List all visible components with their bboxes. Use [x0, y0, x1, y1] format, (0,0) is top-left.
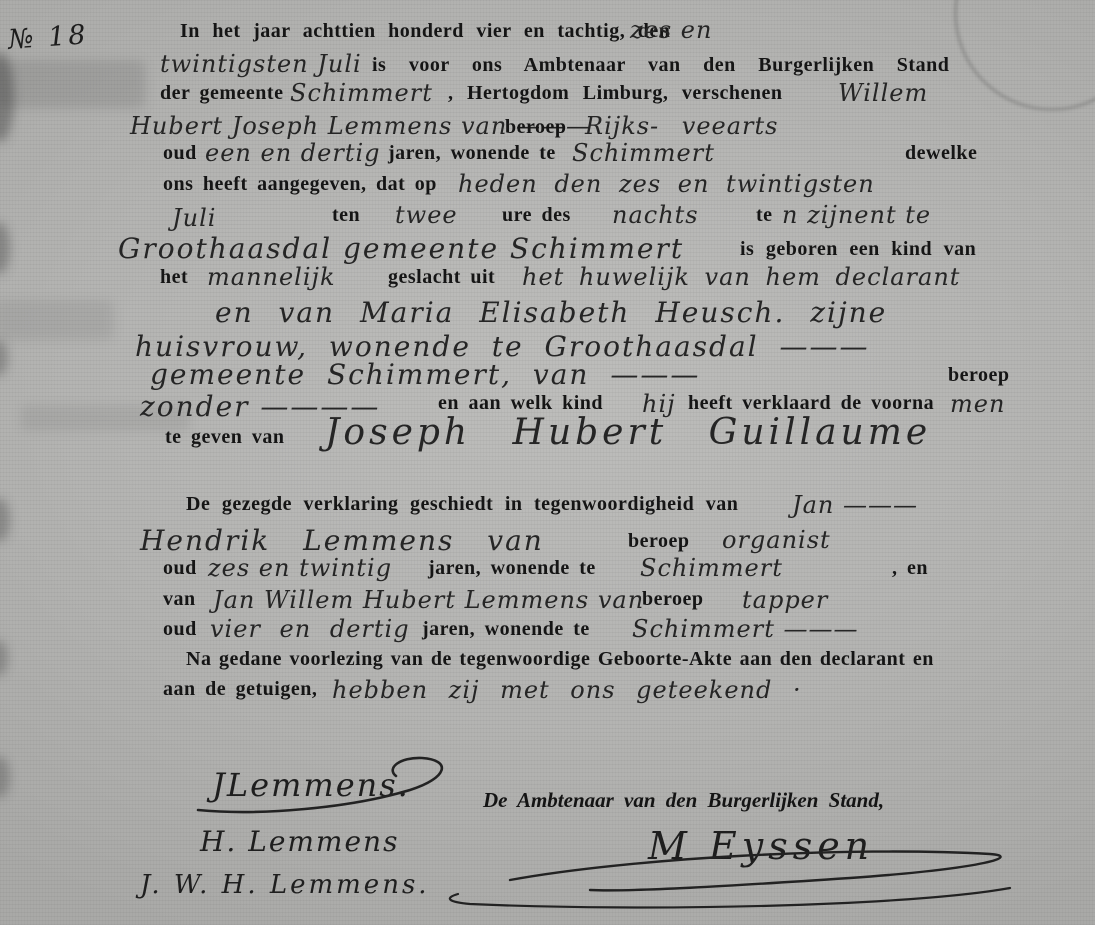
printed-text: te [756, 204, 773, 227]
handwritten-entry: tapper [742, 586, 828, 614]
handwritten-entry: n zijnent te [782, 201, 931, 229]
handwritten-entry: Schimmert ——— [632, 615, 858, 643]
printed-text: oud [163, 142, 197, 165]
handwritten-entry: Jan ——— [792, 491, 918, 519]
handwritten-entry: Hendrik Lemmens van [140, 524, 544, 557]
printed-text: is voor ons Ambtenaar van den Burgerlijk… [372, 54, 949, 77]
handwritten-entry: Groothaasdal gemeente Schimmert [118, 232, 684, 265]
handwritten-entry: zes en [630, 16, 712, 44]
printed-text: beroep [505, 116, 567, 139]
signature-witness-2: H. Lemmens [200, 825, 399, 858]
printed-text: oud [163, 618, 197, 641]
deed-line: twintigsten Juli is voor ons Ambtenaar v… [0, 50, 1095, 86]
deed-line: gemeente Schimmert, van ——— beroep [0, 358, 1095, 394]
printed-text: jaren, wonende te [388, 142, 556, 165]
handwritten-entry: Rijks- veearts [585, 112, 779, 140]
birth-certificate-scan: № 18 In het jaar achttien honderd vier e… [0, 0, 1095, 925]
handwritten-entry: Willem [838, 79, 928, 107]
handwritten-entry: Jan Willem Hubert Lemmens van [213, 586, 644, 614]
printed-text: is geboren een kind van [740, 238, 976, 261]
deed-line: Hendrik Lemmens van beroep organist [0, 524, 1095, 560]
handwritten-entry: Schimmert [572, 139, 715, 167]
handwritten-entry: Juli [172, 204, 216, 232]
printed-text: Na gedane voorlezing van de tegenwoordig… [186, 648, 934, 671]
handwritten-entry: en van Maria Elisabeth Heusch. zijne [215, 296, 887, 329]
handwritten-entry: Schimmert [290, 79, 433, 107]
printed-text: het [160, 266, 188, 289]
handwritten-entry: zes en twintig [208, 554, 392, 582]
printed-text: der gemeente [160, 82, 283, 105]
printed-text: beroep [948, 364, 1010, 387]
handwritten-entry: men [950, 390, 1005, 418]
printed-text: jaren, wonende te [422, 618, 590, 641]
printed-text: , Hertogdom Limburg, verschenen [448, 82, 782, 105]
printed-text: beroep [642, 588, 704, 611]
printed-text: dewelke [905, 142, 977, 165]
printed-text: ten [332, 204, 360, 227]
printed-text: , en [892, 557, 928, 580]
printed-text: beroep [628, 530, 690, 553]
printed-text: van [163, 588, 196, 611]
deed-line: en van Maria Elisabeth Heusch. zijne [0, 296, 1095, 332]
handwritten-entry: hebben zij met ons geteekend · [332, 676, 802, 704]
deed-line: te geven van Joseph Hubert Guillaume [0, 420, 1095, 476]
handwritten-entry: het huwelijk van hem declarant [522, 263, 960, 291]
printed-text: In het jaar achttien honderd vier en tac… [180, 20, 670, 43]
printed-text: geslacht uit [388, 266, 495, 289]
handwritten-entry: een en dertig [205, 139, 381, 167]
handwritten-entry: organist [722, 526, 831, 554]
printed-text: ons heeft aangegeven, dat op [163, 173, 437, 196]
printed-text: jaren, wonende te [428, 557, 596, 580]
handwritten-entry: gemeente Schimmert, van ——— [150, 358, 700, 391]
handwritten-entry: Schimmert [640, 554, 783, 582]
signature-official: M Eyssen [648, 824, 874, 868]
handwritten-entry: mannelijk [207, 263, 336, 291]
printed-text: ure des [502, 204, 571, 227]
official-title: De Ambtenaar van den Burgerlijken Stand, [483, 788, 884, 813]
signature-witness-1: JLemmens. [212, 766, 410, 804]
printed-text: aan de getuigen, [163, 678, 317, 701]
handwritten-entry: nachts [612, 201, 699, 229]
printed-text: De gezegde verklaring geschiedt in tegen… [186, 493, 738, 516]
deed-line: aan de getuigen, hebben zij met ons gete… [0, 678, 1095, 714]
handwritten-entry: heden den zes en twintigsten [458, 170, 875, 198]
handwritten-entry: vier en dertig [210, 615, 410, 643]
edge-smudge [0, 756, 10, 798]
handwritten-entry: twintigsten Juli [160, 50, 362, 78]
printed-text: oud [163, 557, 197, 580]
printed-text: te geven van [165, 426, 285, 449]
signature-witness-3: J. W. H. Lemmens. [140, 870, 430, 900]
handwritten-entry: twee [395, 201, 458, 229]
handwritten-entry-child-names: Joseph Hubert Guillaume [325, 412, 931, 453]
